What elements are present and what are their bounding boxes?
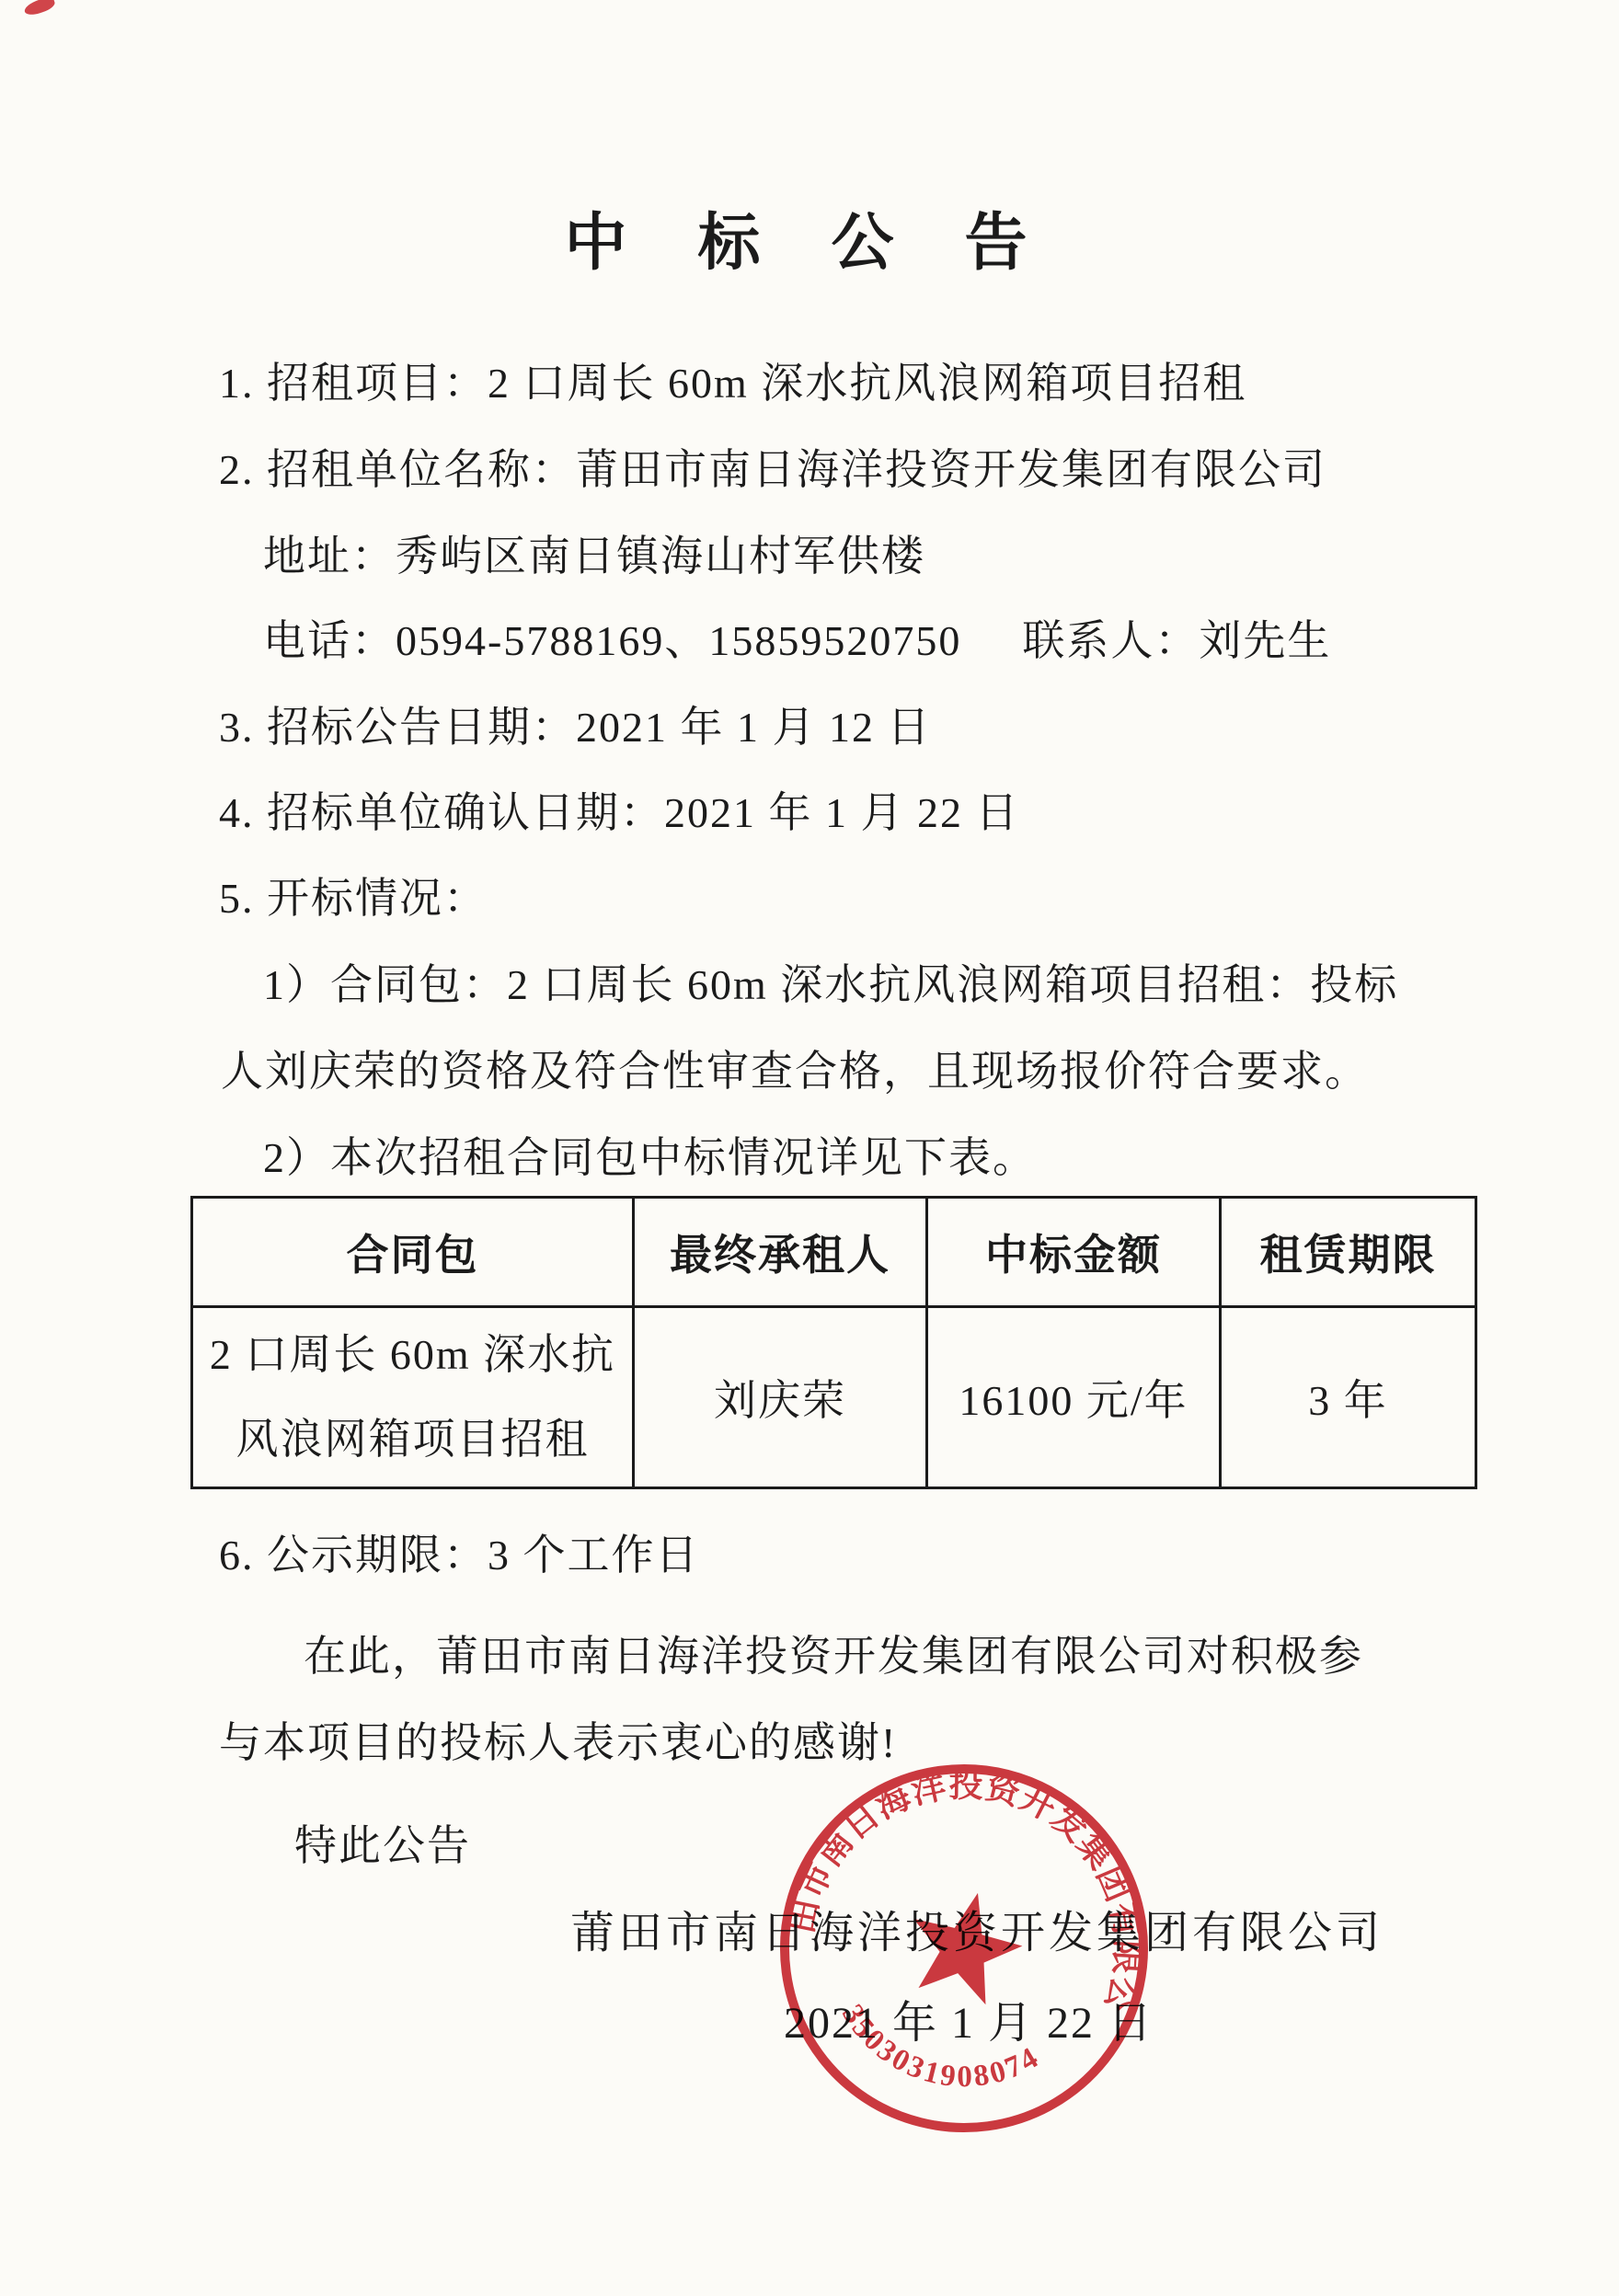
phone-number: 电话：0594-5788169、15859520750: [263, 617, 961, 664]
header-contract-package: 合同包: [192, 1198, 634, 1307]
line-item3: 3. 招标公告日期：2021 年 1 月 12 日: [219, 701, 932, 754]
line-item4: 4. 招标单位确认日期：2021 年 1 月 22 日: [219, 786, 1020, 840]
cell-lease-term: 3 年: [1221, 1307, 1476, 1488]
line-item2: 2. 招租单位名称：莆田市南日海洋投资开发集团有限公司: [219, 443, 1326, 497]
line-sub2: 2）本次招租合同包中标情况详见下表。: [263, 1131, 1037, 1185]
line-phone: 电话：0594-5788169、15859520750联系人：刘先生: [263, 614, 1331, 668]
line-item1: 1. 招租项目：2 口周长 60m 深水抗风浪网箱项目招租: [219, 357, 1246, 410]
line-sub1a: 1）合同包：2 口周长 60m 深水抗风浪网箱项目招租：投标: [263, 959, 1398, 1012]
line-item5: 5. 开标情况：: [219, 872, 488, 925]
document-title: 中 标 公 告: [0, 212, 1619, 274]
line-sub1b: 人刘庆荣的资格及符合性审查合格，且现场报价符合要求。: [221, 1045, 1369, 1098]
line-item6: 6. 公示期限：3 个工作日: [219, 1529, 700, 1582]
line-address: 地址：秀屿区南日镇海山村军供楼: [263, 530, 925, 583]
header-lease-term: 租赁期限: [1221, 1198, 1476, 1307]
cell-contract-package: 2 口周长 60m 深水抗 风浪网箱项目招租: [192, 1307, 634, 1488]
line-closing: 特此公告: [294, 1820, 471, 1873]
cell-award-amount: 16100 元/年: [927, 1307, 1221, 1488]
header-final-lessee: 最终承租人: [634, 1198, 927, 1307]
seal-star-icon: [898, 1879, 1032, 2010]
cell-final-lessee: 刘庆荣: [634, 1307, 927, 1488]
official-seal: 莆田市南日海洋投资开发集团有限公司 3503031908074: [729, 1714, 1198, 2182]
table-row: 2 口周长 60m 深水抗 风浪网箱项目招租 刘庆荣 16100 元/年 3 年: [192, 1307, 1476, 1488]
header-award-amount: 中标金额: [927, 1198, 1221, 1307]
line-thanks1: 在此，莆田市南日海洋投资开发集团有限公司对积极参: [304, 1630, 1363, 1683]
document-page: 中 标 公 告 1. 招租项目：2 口周长 60m 深水抗风浪网箱项目招租 2.…: [0, 0, 1619, 2296]
table-header-row: 合同包 最终承租人 中标金额 租赁期限: [192, 1198, 1476, 1307]
contract-package-text: 2 口周长 60m 深水抗 风浪网箱项目招租: [206, 1313, 619, 1482]
scan-red-artifact: [23, 0, 57, 17]
contact-person: 联系人：刘先生: [1022, 617, 1331, 664]
line-thanks2: 与本项目的投标人表示衷心的感谢!: [219, 1716, 897, 1770]
award-table: 合同包 最终承租人 中标金额 租赁期限 2 口周长 60m 深水抗 风浪网箱项目…: [190, 1196, 1477, 1489]
